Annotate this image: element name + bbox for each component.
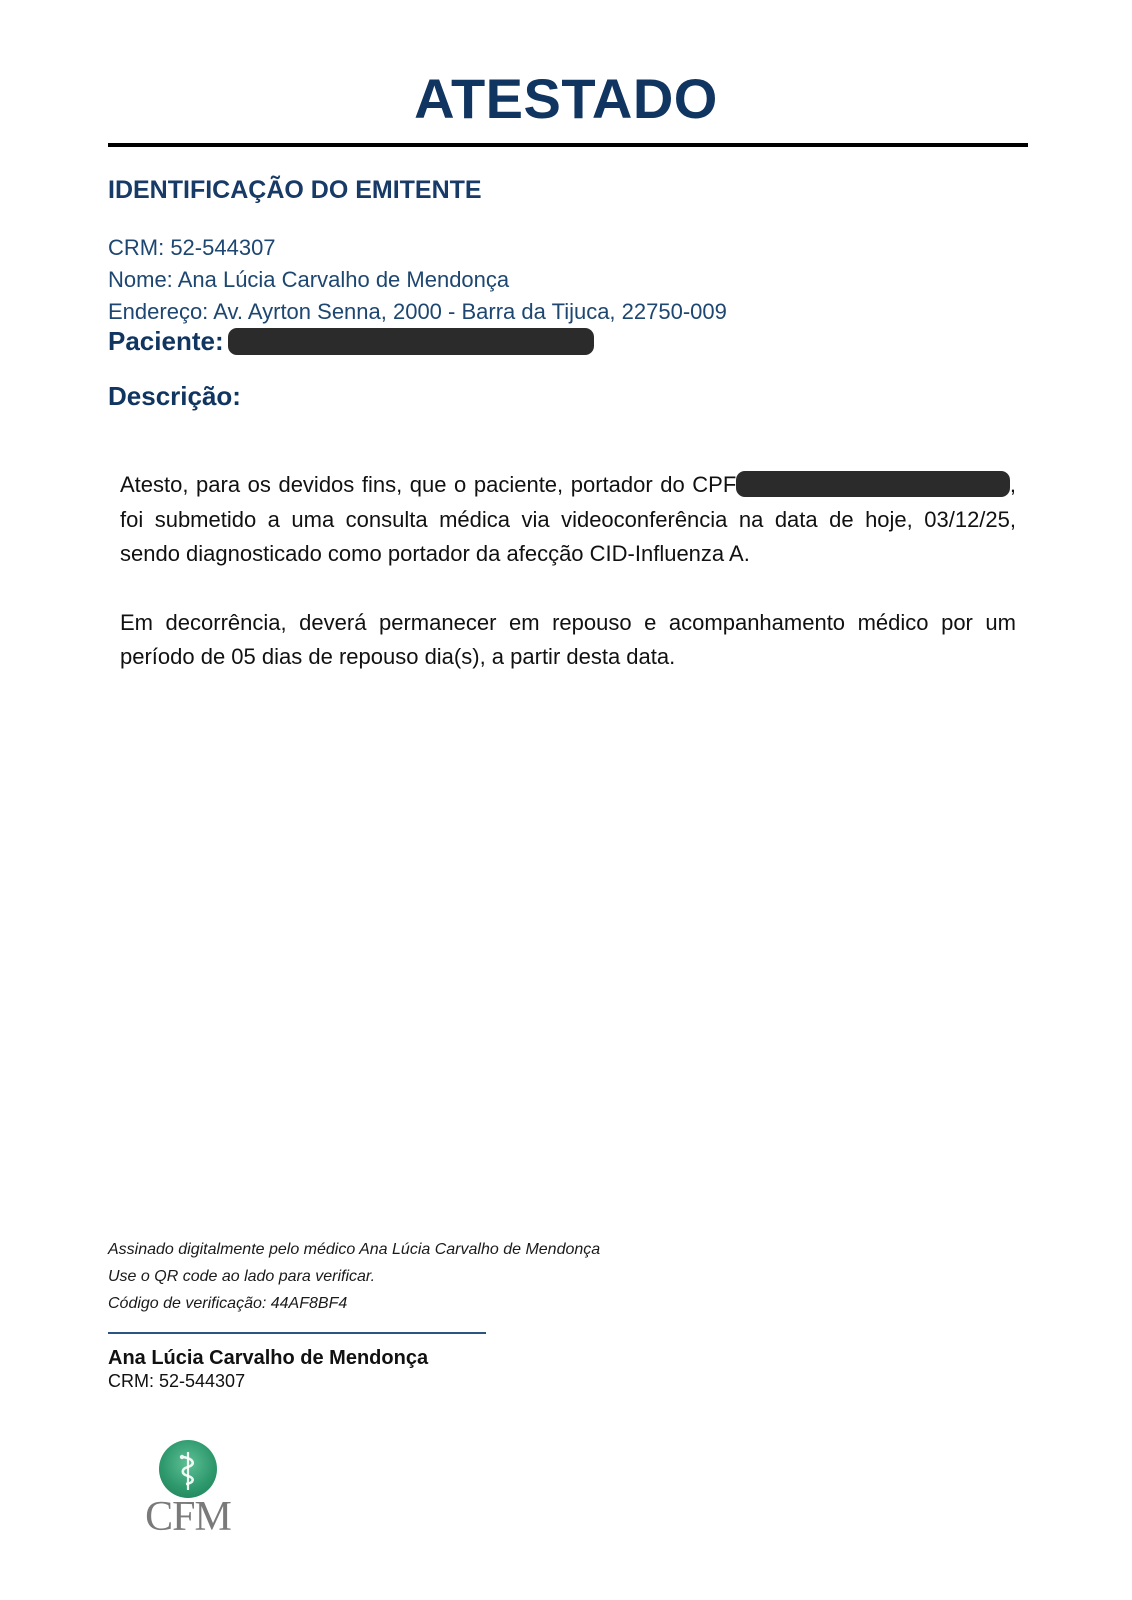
cfm-logo-text: CFM: [138, 1494, 238, 1540]
document-title: ATESTADO: [0, 66, 1132, 132]
issuer-details: CRM: 52-544307 Nome: Ana Lúcia Carvalho …: [108, 232, 727, 328]
issuer-name: Nome: Ana Lúcia Carvalho de Mendonça: [108, 264, 727, 296]
cfm-logo: CFM: [138, 1440, 238, 1540]
signer-name: Ana Lúcia Carvalho de Mendonça: [108, 1346, 428, 1370]
verification-code: Código de verificação: 44AF8BF4: [108, 1290, 600, 1317]
description-heading: Descrição:: [108, 380, 241, 412]
signature-line: [108, 1332, 486, 1334]
description-paragraph-1: Atesto, para os devidos fins, que o paci…: [120, 468, 1016, 572]
issuer-section-heading: IDENTIFICAÇÃO DO EMITENTE: [108, 175, 482, 205]
description-body: Atesto, para os devidos fins, que o paci…: [120, 468, 1016, 675]
patient-name-redaction: [228, 328, 594, 355]
issuer-crm: CRM: 52-544307: [108, 232, 727, 264]
signature-line-2: Use o QR code ao lado para verificar.: [108, 1263, 600, 1290]
paragraph-1-start: Atesto, para os devidos fins, que o paci…: [120, 472, 736, 497]
issuer-address: Endereço: Av. Ayrton Senna, 2000 - Barra…: [108, 296, 727, 328]
cpf-redaction: [736, 471, 1010, 497]
patient-row: Paciente:: [108, 325, 594, 357]
signature-line-1: Assinado digitalmente pelo médico Ana Lú…: [108, 1236, 600, 1263]
digital-signature-note: Assinado digitalmente pelo médico Ana Lú…: [108, 1236, 600, 1317]
signer-crm: CRM: 52-544307: [108, 1370, 245, 1392]
patient-label: Paciente:: [108, 325, 224, 357]
caduceus-icon: [159, 1440, 217, 1498]
description-paragraph-2: Em decorrência, deverá permanecer em rep…: [120, 606, 1016, 675]
title-divider: [108, 143, 1028, 147]
